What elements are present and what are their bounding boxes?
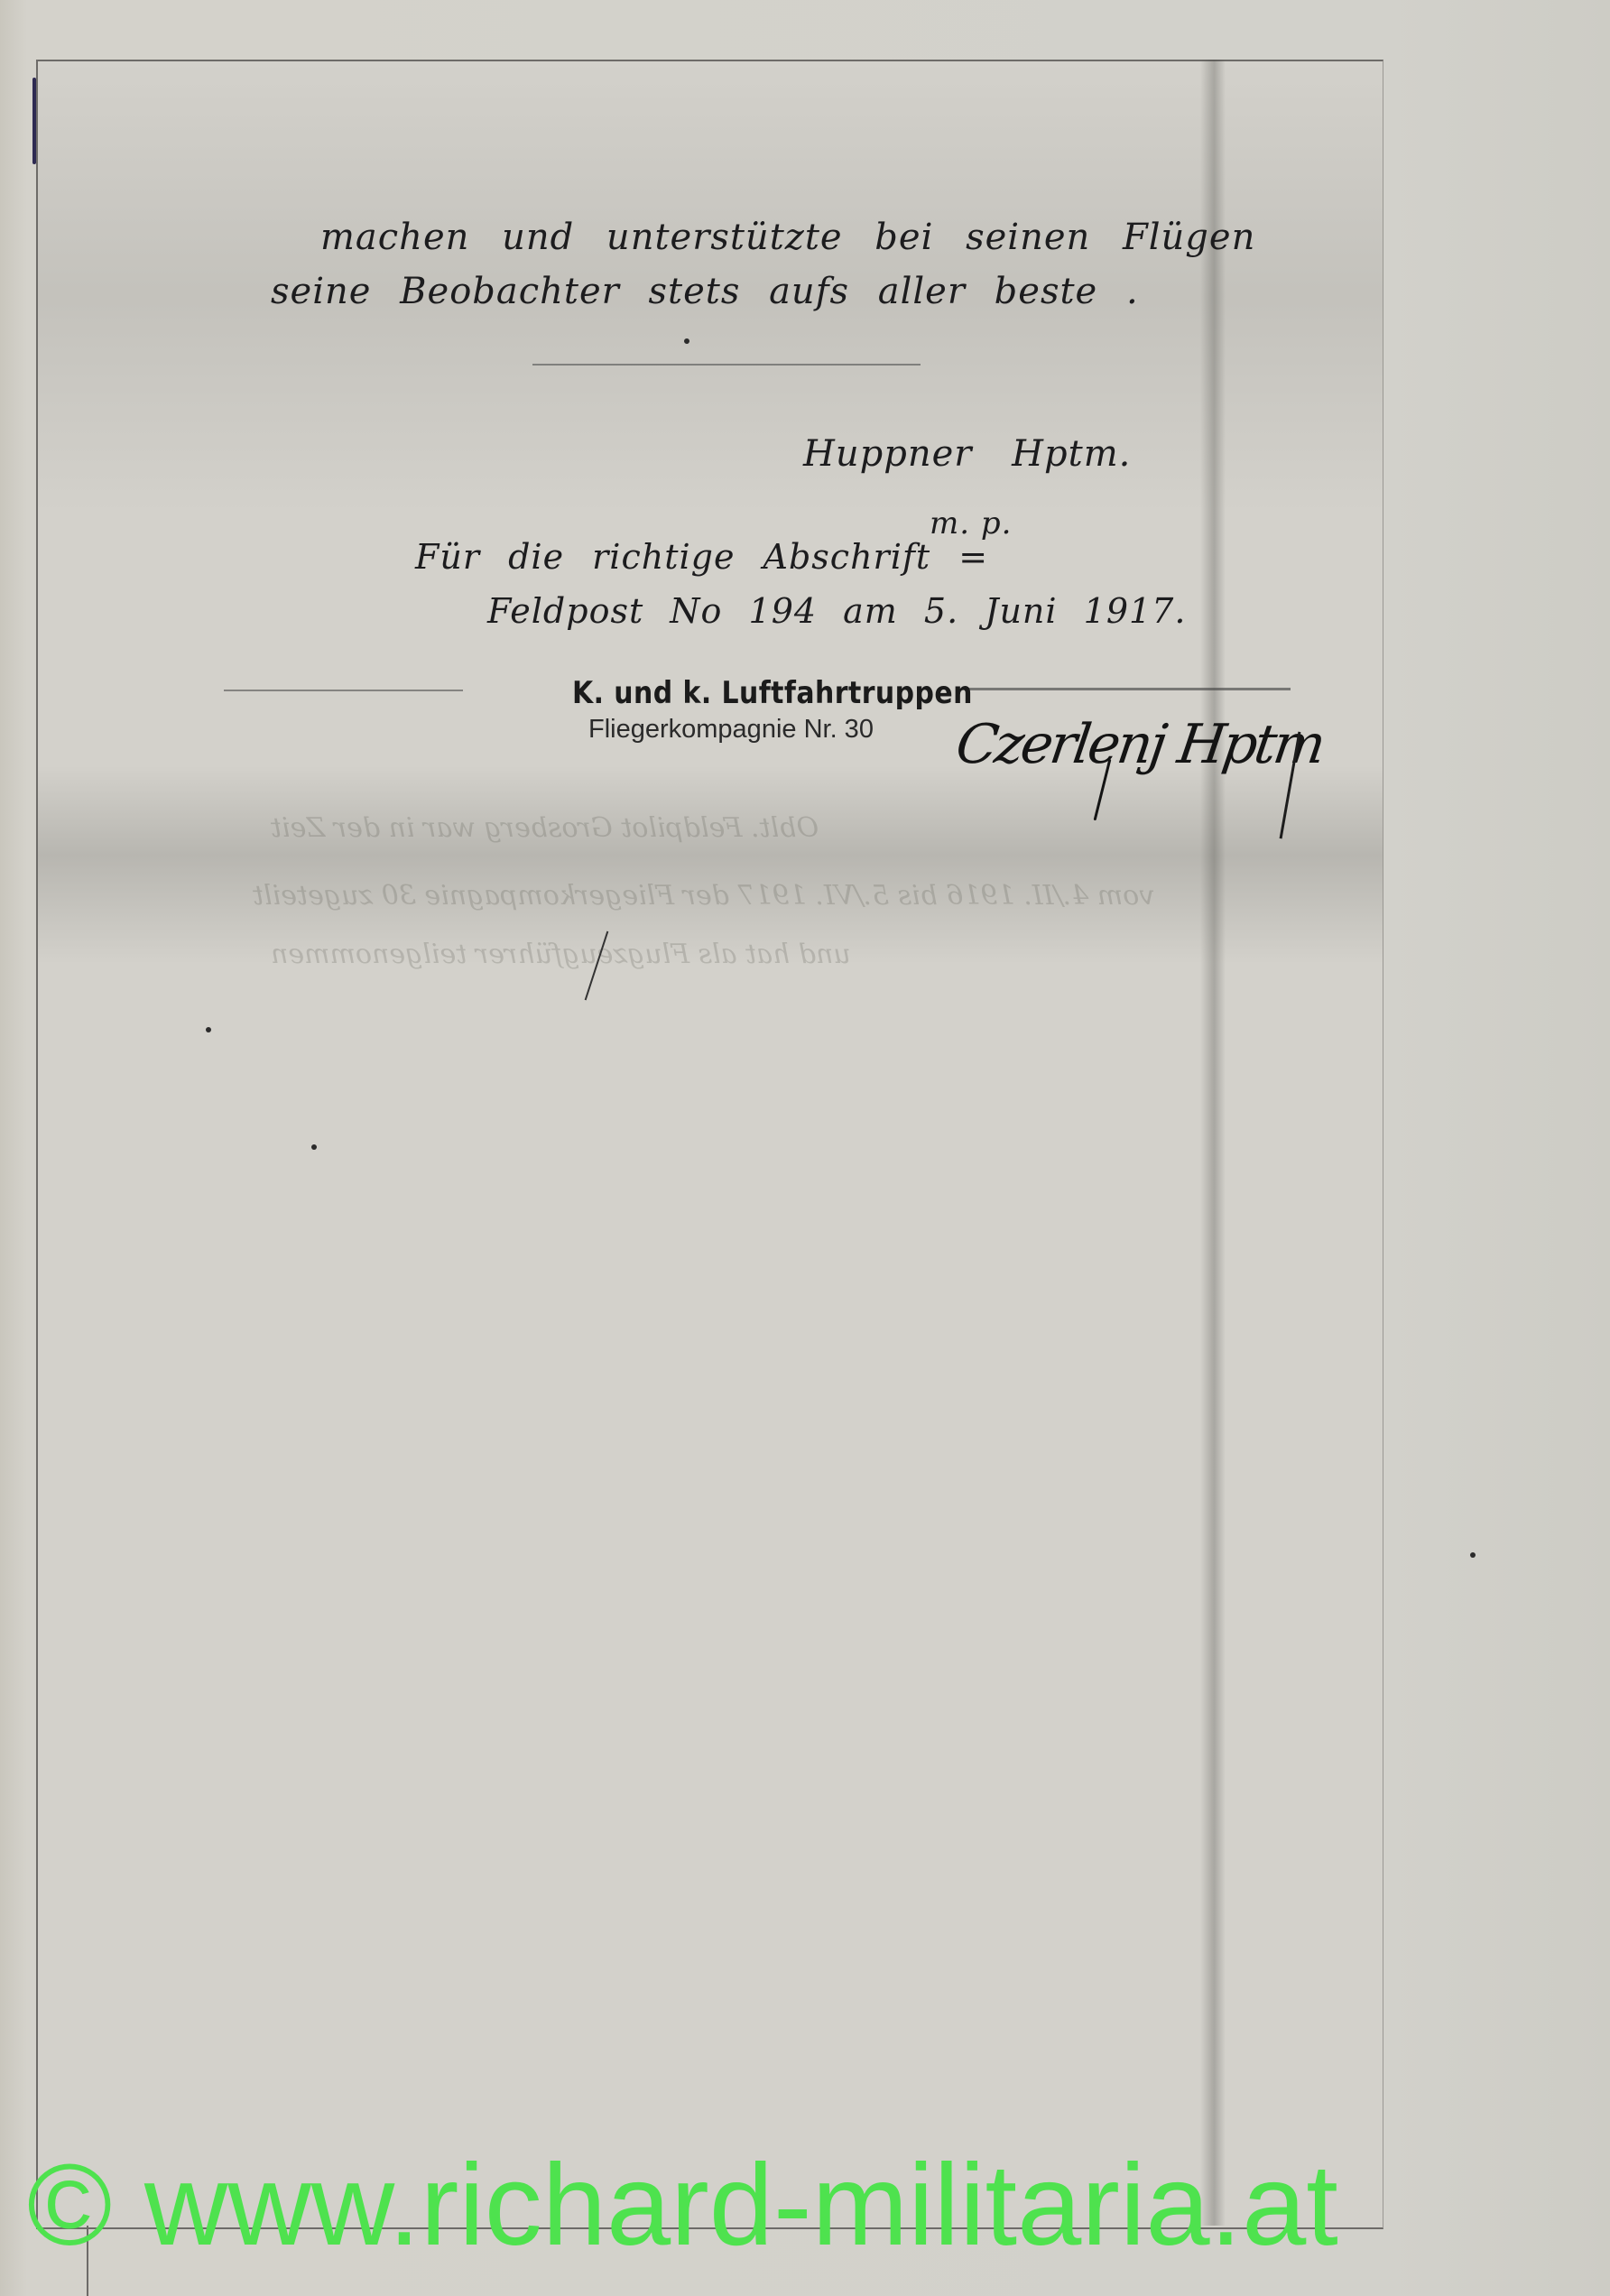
signatory-mp: m. p. <box>930 505 1012 542</box>
bleed-through-line: Oblt. Feldpilot Grosberg war in der Zeit <box>271 812 819 844</box>
body-line: machen und unterstützte bei seinen Flüge… <box>320 217 1255 258</box>
speck <box>206 1027 211 1032</box>
document-sheet <box>36 60 1383 2229</box>
copyright-watermark: © www.richard-militaria.at <box>27 2148 1338 2264</box>
bleed-through-line: vom 4./II. 1916 bis 5./VI. 1917 der Flie… <box>253 880 1154 912</box>
ink-margin-mark <box>32 78 36 164</box>
speck <box>1470 1552 1476 1558</box>
certification-date: Feldpost No 194 am 5. Juni 1917. <box>487 591 1186 631</box>
handwritten-signature: Czerlenj Hptm <box>952 713 1327 776</box>
speck <box>311 1144 317 1150</box>
bleed-through-line: und hat als Flugzeugführer teilgenommen <box>271 939 851 970</box>
speck <box>684 338 689 344</box>
signatory-name: Huppner Hptm. <box>803 433 1131 475</box>
certification-line: Für die richtige Abschrift = <box>415 537 988 577</box>
paper-fold <box>1200 60 1226 2226</box>
body-line: seine Beobachter stets aufs aller beste … <box>271 271 1139 312</box>
stamp-title: K. und k. Luftfahrtruppen <box>572 675 973 711</box>
divider <box>532 364 921 366</box>
divider <box>224 690 463 691</box>
